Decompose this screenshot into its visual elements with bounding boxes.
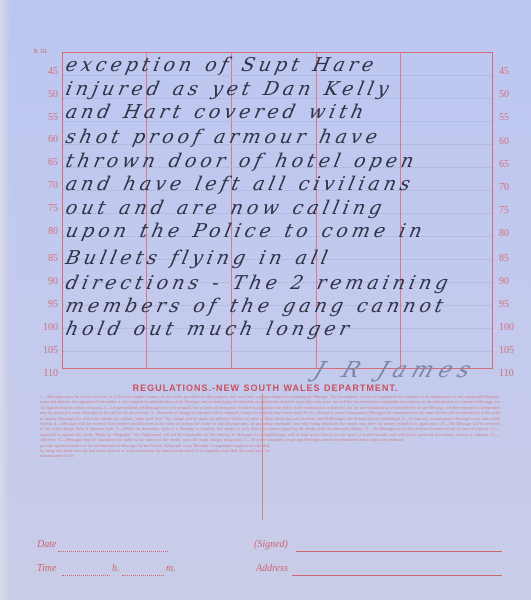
message-line: and Hart covered with: [64, 101, 370, 123]
regulations-divider: [262, 394, 263, 520]
message-line: hold out much longer: [64, 318, 355, 340]
message-line: shot proof armour have: [64, 126, 384, 148]
line-number-right: 85: [499, 253, 521, 264]
message-line: out and are now calling: [64, 197, 388, 219]
sender-signature: J R James: [310, 358, 480, 383]
line-number-right: 105: [499, 345, 521, 356]
line-number-left: 75: [36, 203, 58, 214]
regulations-right-column: charged for repeating the Message. The G…: [270, 394, 500, 443]
line-number-right: 75: [499, 205, 521, 216]
message-line: members of the gang cannot: [64, 295, 449, 317]
line-number-left: 95: [36, 299, 58, 310]
minutes-label: m.: [166, 563, 176, 574]
message-line: Bullets flying in all: [64, 247, 334, 269]
line-number-right: 100: [499, 322, 521, 333]
time-minutes-field[interactable]: [122, 575, 164, 576]
line-number-right: 70: [499, 182, 521, 193]
line-number-left: 45: [36, 66, 58, 77]
line-number-right: 60: [499, 136, 521, 147]
line-number-left: 60: [36, 134, 58, 145]
date-label: Date: [37, 539, 56, 550]
message-line: exception of Supt Hare: [64, 54, 380, 76]
line-number-right: 45: [499, 66, 521, 77]
time-hours-field[interactable]: [62, 575, 110, 576]
time-label: Time: [37, 563, 56, 574]
message-line: thrown door of hotel open: [64, 150, 420, 172]
grid-column-divider: [400, 53, 401, 368]
address-label: Address: [256, 563, 288, 574]
grid-row-rule: [63, 351, 492, 352]
message-line: upon the Police to come in: [64, 220, 428, 242]
line-number-right: 55: [499, 112, 521, 123]
line-number-left: 65: [36, 157, 58, 168]
line-number-right: 95: [499, 299, 521, 310]
message-line: directions - The 2 remaining: [64, 272, 454, 294]
regulations-title: REGULATIONS.-NEW SOUTH WALES DEPARTMENT.: [0, 383, 531, 393]
line-number-right: 65: [499, 159, 521, 170]
line-number-right: 50: [499, 89, 521, 100]
date-field[interactable]: [58, 551, 168, 552]
signed-field[interactable]: [296, 551, 502, 552]
line-number-right: 110: [499, 368, 521, 379]
signed-label: (Signed): [254, 539, 288, 550]
address-field[interactable]: [292, 575, 502, 576]
hours-label: h.: [112, 563, 120, 574]
line-number-left: 90: [36, 276, 58, 287]
line-number-left: 100: [36, 322, 58, 333]
telegram-form: B. 1G 45 50 55 60 65 70 75 80 85 90 95 1…: [0, 0, 531, 600]
form-code: B. 1G: [34, 49, 47, 55]
message-line: and have left all civilians: [64, 173, 417, 195]
line-number-left: 70: [36, 180, 58, 191]
line-number-left: 80: [36, 226, 58, 237]
line-number-left: 110: [36, 368, 58, 379]
regulations-left-column: 1.—Messages must be written with ink in …: [40, 394, 270, 459]
line-number-left: 50: [36, 89, 58, 100]
line-number-left: 85: [36, 253, 58, 264]
message-line: injured as yet Dan Kelly: [64, 78, 395, 100]
line-number-left: 55: [36, 112, 58, 123]
line-number-right: 80: [499, 228, 521, 239]
line-number-right: 90: [499, 276, 521, 287]
line-number-left: 105: [36, 345, 58, 356]
